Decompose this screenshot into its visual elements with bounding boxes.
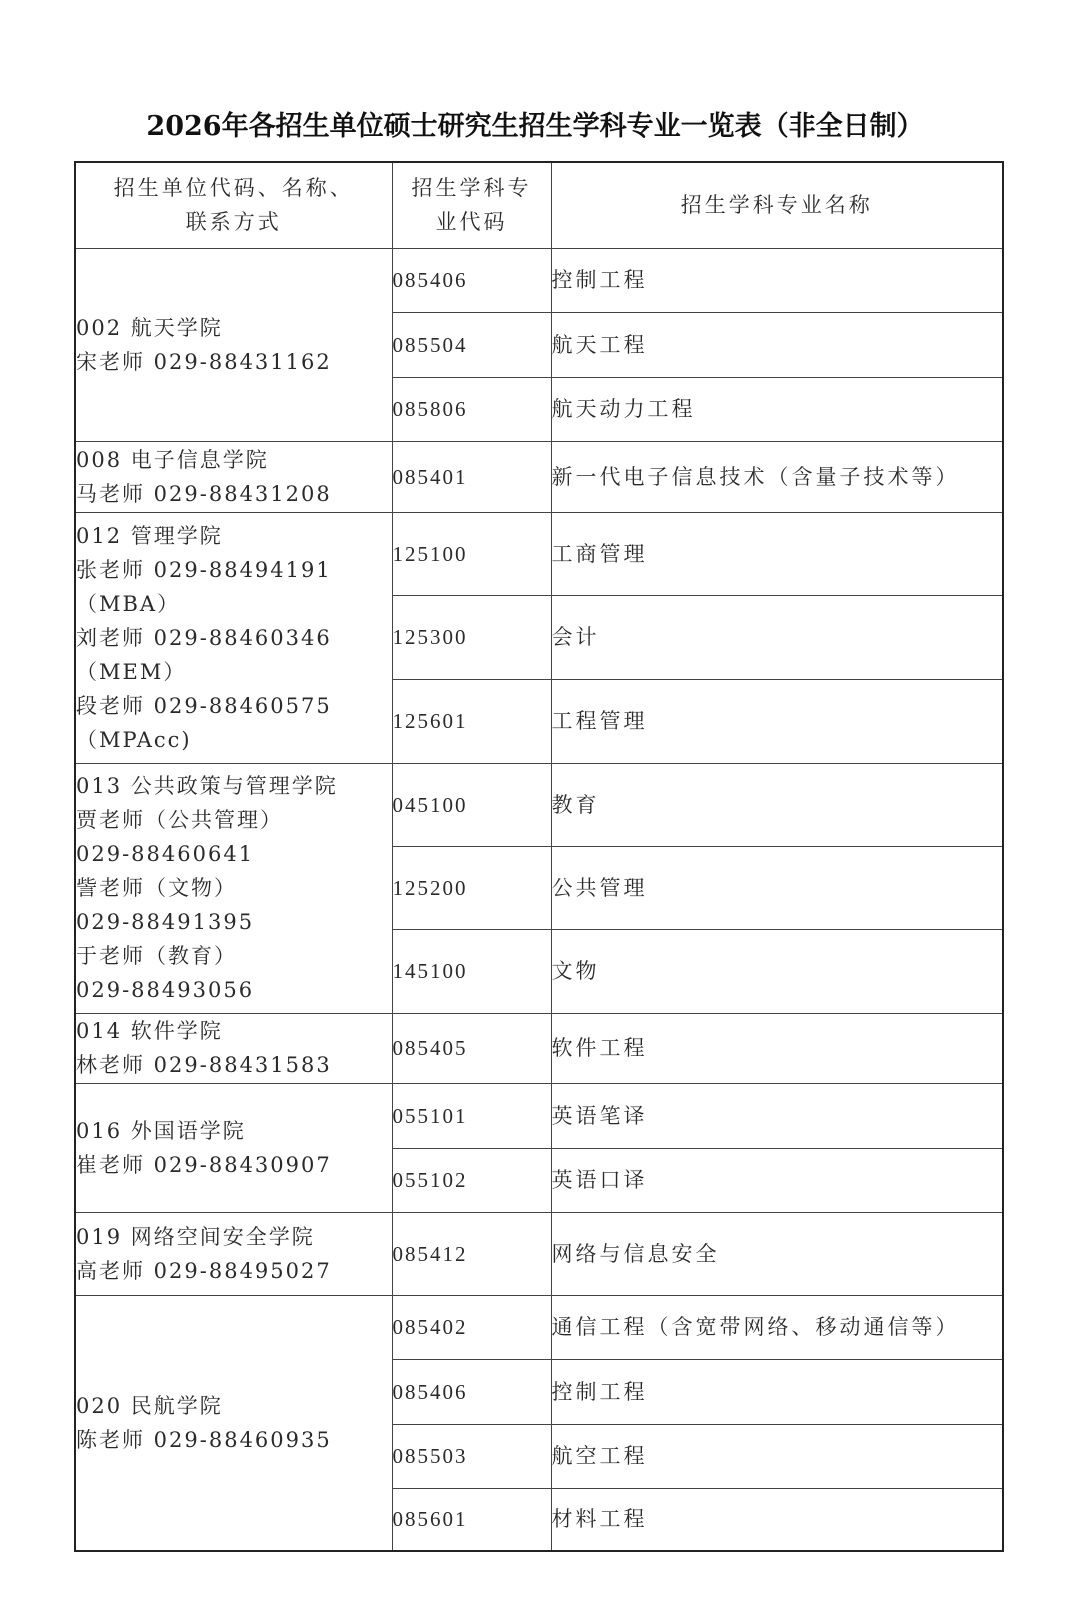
table-row: 012 管理学院 张老师 029-88494191 （MBA） 刘老师 029-… bbox=[75, 512, 1003, 595]
unit-cell: 013 公共政策与管理学院 贾老师（公共管理） 029-88460641 訾老师… bbox=[75, 763, 392, 1013]
code-cell: 085402 bbox=[392, 1295, 551, 1359]
unit-cell: 014 软件学院 林老师 029-88431583 bbox=[75, 1013, 392, 1083]
unit-cell: 008 电子信息学院 马老师 029-88431208 bbox=[75, 441, 392, 512]
unit-cell: 002 航天学院 宋老师 029-88431162 bbox=[75, 248, 392, 441]
code-cell: 085601 bbox=[392, 1488, 551, 1551]
name-cell: 网络与信息安全 bbox=[551, 1212, 1003, 1295]
unit-cell: 012 管理学院 张老师 029-88494191 （MBA） 刘老师 029-… bbox=[75, 512, 392, 763]
name-cell: 会计 bbox=[551, 595, 1003, 679]
name-cell: 工商管理 bbox=[551, 512, 1003, 595]
name-cell: 控制工程 bbox=[551, 1359, 1003, 1424]
table-row: 002 航天学院 宋老师 029-88431162 085406 控制工程 bbox=[75, 248, 1003, 312]
code-cell: 145100 bbox=[392, 929, 551, 1013]
table-row: 013 公共政策与管理学院 贾老师（公共管理） 029-88460641 訾老师… bbox=[75, 763, 1003, 846]
name-cell: 文物 bbox=[551, 929, 1003, 1013]
code-cell: 045100 bbox=[392, 763, 551, 846]
name-cell: 教育 bbox=[551, 763, 1003, 846]
name-cell: 航空工程 bbox=[551, 1424, 1003, 1488]
unit-cell: 019 网络空间安全学院 高老师 029-88495027 bbox=[75, 1212, 392, 1295]
name-cell: 新一代电子信息技术（含量子技术等） bbox=[551, 441, 1003, 512]
name-cell: 控制工程 bbox=[551, 248, 1003, 312]
code-cell: 085504 bbox=[392, 312, 551, 377]
code-cell: 085406 bbox=[392, 1359, 551, 1424]
table-row: 020 民航学院 陈老师 029-88460935 085402 通信工程（含宽… bbox=[75, 1295, 1003, 1359]
name-cell: 航天动力工程 bbox=[551, 377, 1003, 441]
name-cell: 英语笔译 bbox=[551, 1083, 1003, 1148]
name-cell: 软件工程 bbox=[551, 1013, 1003, 1083]
name-cell: 通信工程（含宽带网络、移动通信等） bbox=[551, 1295, 1003, 1359]
unit-cell: 016 外国语学院 崔老师 029-88430907 bbox=[75, 1083, 392, 1212]
code-cell: 085503 bbox=[392, 1424, 551, 1488]
code-cell: 085401 bbox=[392, 441, 551, 512]
name-cell: 航天工程 bbox=[551, 312, 1003, 377]
code-cell: 125601 bbox=[392, 679, 551, 763]
code-cell: 055102 bbox=[392, 1148, 551, 1212]
header-code: 招生学科专 业代码 bbox=[392, 162, 551, 248]
name-cell: 公共管理 bbox=[551, 846, 1003, 929]
code-cell: 055101 bbox=[392, 1083, 551, 1148]
table-row: 014 软件学院 林老师 029-88431583 085405 软件工程 bbox=[75, 1013, 1003, 1083]
code-cell: 085412 bbox=[392, 1212, 551, 1295]
name-cell: 工程管理 bbox=[551, 679, 1003, 763]
name-cell: 英语口译 bbox=[551, 1148, 1003, 1212]
code-cell: 125300 bbox=[392, 595, 551, 679]
programs-table: 招生单位代码、名称、 联系方式 招生学科专 业代码 招生学科专业名称 002 航… bbox=[74, 161, 1004, 1552]
code-cell: 085406 bbox=[392, 248, 551, 312]
name-cell: 材料工程 bbox=[551, 1488, 1003, 1551]
document-title: 2026年各招生单位硕士研究生招生学科专业一览表（非全日制） bbox=[0, 104, 1070, 143]
table-row: 016 外国语学院 崔老师 029-88430907 055101 英语笔译 bbox=[75, 1083, 1003, 1148]
unit-cell: 020 民航学院 陈老师 029-88460935 bbox=[75, 1295, 392, 1551]
table-row: 008 电子信息学院 马老师 029-88431208 085401 新一代电子… bbox=[75, 441, 1003, 512]
code-cell: 125200 bbox=[392, 846, 551, 929]
code-cell: 125100 bbox=[392, 512, 551, 595]
table-header-row: 招生单位代码、名称、 联系方式 招生学科专 业代码 招生学科专业名称 bbox=[75, 162, 1003, 248]
code-cell: 085806 bbox=[392, 377, 551, 441]
table-row: 019 网络空间安全学院 高老师 029-88495027 085412 网络与… bbox=[75, 1212, 1003, 1295]
header-unit: 招生单位代码、名称、 联系方式 bbox=[75, 162, 392, 248]
header-name: 招生学科专业名称 bbox=[551, 162, 1003, 248]
code-cell: 085405 bbox=[392, 1013, 551, 1083]
